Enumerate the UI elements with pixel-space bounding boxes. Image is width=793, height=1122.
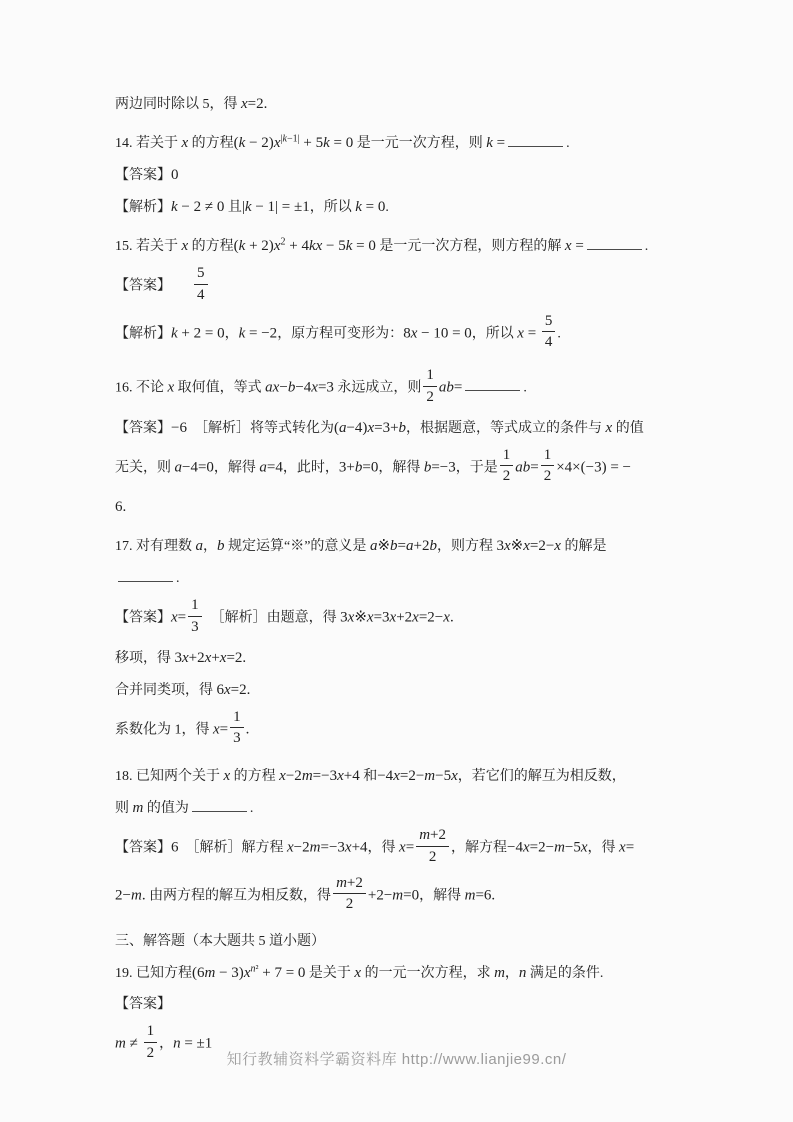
text-run: 永远成立，则 — [334, 380, 422, 395]
math-fraction: 13 — [230, 708, 244, 749]
text-run: 且 — [224, 200, 242, 215]
text-run: 两边同时除以 5，得 — [115, 97, 241, 112]
text-run: ，解得 — [378, 460, 424, 475]
text-run: 【答案】 — [115, 278, 192, 293]
q16-analysis-cont: 无关，则 a−4=0，解得 a=4，此时，3+b=0，解得 b=−3，于是12a… — [115, 448, 685, 489]
text-run: 规定运算“※”的意义是 — [225, 539, 370, 554]
math-run: |k − 1| = ±1 — [242, 199, 310, 215]
text-run: ，解方程 — [451, 840, 507, 855]
math-run: 0 — [171, 167, 179, 183]
math-fraction: 12 — [500, 446, 514, 487]
text-run: ，得 — [368, 840, 400, 855]
text-run: 系数化为 1，得 — [115, 722, 213, 737]
q17-question: 17. 对有理数 a，b 规定运算“※”的意义是 a※b=a+2b，则方程 3x… — [115, 534, 685, 559]
math-run: x−2m=−3x+4 — [279, 768, 360, 784]
math-run: 3+b=0 — [339, 459, 378, 475]
math-run: 3x+2x+x=2. — [175, 650, 247, 666]
text-run: ，若它们的解互为相反数， — [458, 769, 626, 784]
text-run: 由两方程的解互为相反数，得 — [146, 888, 332, 903]
text-run: . — [385, 200, 389, 215]
q15-analysis: 【解析】k + 2 = 0，k = −2，原方程可变形为：8x − 10 = 0… — [115, 314, 685, 355]
math-run: 8x − 10 = 0 — [403, 325, 472, 341]
text-run: 的值为 — [143, 801, 189, 816]
text-run: 15. 若关于 — [115, 239, 182, 254]
math-run: 2−m. — [115, 887, 146, 903]
text-run: 则 — [115, 801, 133, 816]
q19-question: 19. 已知方程(6m − 3)xn² + 7 = 0 是关于 x 的一元一次方… — [115, 961, 685, 986]
text-run: 【解析】 — [115, 200, 171, 215]
q14-analysis: 【解析】k − 2 ≠ 0 且|k − 1| = ±1，所以 k = 0. — [115, 195, 685, 220]
text-run: ，则方程 — [437, 539, 497, 554]
worksheet-body: 两边同时除以 5，得 x=2.14. 若关于 x 的方程(k − 2)x|k−1… — [115, 92, 685, 1065]
text-run: 【答案】 — [115, 840, 171, 855]
math-run: 6x=2. — [217, 682, 251, 698]
math-run: k = — [486, 135, 505, 151]
q13-solution-tail: 两边同时除以 5，得 x=2. — [115, 92, 685, 117]
q14-answer: 【答案】0 — [115, 163, 685, 188]
text-run: ，解得 — [214, 460, 260, 475]
text-run: 三、解答题（本大题共 5 道小题） — [115, 934, 325, 949]
math-fraction: 13 — [188, 596, 202, 637]
math-run: x= — [171, 609, 186, 625]
q18-analysis-cont: 2−m. 由两方程的解互为相反数，得m+22+2−m=0，解得 m=6. — [115, 876, 685, 917]
math-run: k + 2 = 0 — [171, 325, 225, 341]
text-run: . — [250, 801, 254, 816]
text-run: 是一元一次方程，则方程的解 — [376, 239, 565, 254]
math-run: x−2m=−3x+4 — [287, 839, 368, 855]
q14-question: 14. 若关于 x 的方程(k − 2)x|k−1| + 5k = 0 是一元一… — [115, 131, 685, 156]
math-run: k = −2 — [239, 325, 278, 341]
math-run: k − 2 ≠ 0 — [171, 199, 224, 215]
q17-step-combine: 合并同类项，得 6x=2. — [115, 678, 685, 703]
q17-answer-analysis: 【答案】x=13 ［解析］由题意，得 3x※x=3x+2x=2−x. — [115, 598, 685, 639]
text-run: 14. 若关于 — [115, 136, 182, 151]
text-run: . — [557, 326, 561, 341]
text-run: 的一元一次方程，求 — [361, 966, 494, 981]
math-run: . — [246, 721, 250, 737]
math-run: m — [133, 800, 144, 816]
math-fraction: 12 — [423, 366, 437, 407]
text-run: 的方程 — [188, 136, 234, 151]
text-run: 19. 已知方程 — [115, 966, 192, 981]
text-run: 的解是 — [561, 539, 607, 554]
math-run: x= — [619, 839, 634, 855]
answer-blank — [587, 234, 642, 250]
text-run: ，得 — [588, 840, 620, 855]
text-run: ， — [505, 966, 519, 981]
text-run: 【解析】 — [115, 326, 171, 341]
math-run: a※b=a+2b — [370, 538, 437, 554]
text-run: ， — [225, 326, 239, 341]
math-run: x= — [399, 839, 414, 855]
text-run: ，此时， — [283, 460, 339, 475]
math-fraction: 54 — [194, 264, 208, 305]
text-run: 的方程 — [188, 239, 234, 254]
math-superscript: |k−1| — [280, 133, 299, 144]
q16-analysis-end: 6. — [115, 495, 685, 520]
math-run: 3x※x=3x+2x=2−x. — [340, 609, 454, 625]
q16-question: 16. 不论 x 取何值，等式 ax−b−4x=3 永远成立，则12ab=. — [115, 368, 685, 409]
math-run: x = — [565, 238, 584, 254]
text-run: 的方程 — [230, 769, 279, 784]
text-run: 【答案】 — [115, 997, 171, 1012]
math-run: (k + 2)x — [234, 238, 281, 254]
math-run: +2−m=0 — [368, 887, 419, 903]
math-run: 6 — [171, 839, 179, 855]
footer-link[interactable]: 知行教辅资料学霸资料库 http://www.lianjie99.cn/ — [227, 1051, 567, 1068]
text-run: 16. 不论 — [115, 380, 168, 395]
q16-answer-analysis: 【答案】−6 ［解析］将等式转化为(a−4)x=3+b，根据题意，等式成立的条件… — [115, 416, 685, 441]
text-run: 【答案】 — [115, 610, 171, 625]
text-run: . — [645, 239, 649, 254]
math-run: a=4 — [259, 459, 282, 475]
text-run: ，原方程可变形为： — [277, 326, 403, 341]
math-run: x=2. — [241, 96, 267, 112]
q15-question: 15. 若关于 x 的方程(k + 2)x2 + 4kx − 5k = 0 是一… — [115, 234, 685, 259]
q18-question-cont: 则 m 的值为. — [115, 796, 685, 821]
math-run: ×4×(−3) = − — [556, 459, 631, 475]
text-run: ［解析］将等式转化为 — [187, 421, 334, 436]
footer-watermark: 知行教辅资料学霸资料库 http://www.lianjie99.cn/ — [0, 1048, 793, 1069]
text-run: ，解得 — [419, 888, 465, 903]
text-run: . — [176, 571, 180, 586]
text-run: . — [523, 380, 527, 395]
math-run: a — [196, 538, 204, 554]
q17-step-move-terms: 移项，得 3x+2x+x=2. — [115, 646, 685, 671]
text-run: ［解析］由题意，得 — [204, 610, 341, 625]
text-run: 无关，则 — [115, 460, 175, 475]
math-fraction: m+22 — [333, 874, 366, 915]
math-run: x= — [213, 721, 228, 737]
math-run: + 5k = 0 — [300, 135, 354, 151]
document-page: 两边同时除以 5，得 x=2.14. 若关于 x 的方程(k − 2)x|k−1… — [0, 0, 793, 1122]
math-run: a−4=0 — [175, 459, 214, 475]
answer-blank — [118, 566, 173, 582]
answer-blank — [465, 375, 520, 391]
text-run: 满足的条件. — [526, 966, 603, 981]
text-run: 17. 对有理数 — [115, 539, 196, 554]
math-run: ab= — [439, 379, 462, 395]
text-run: 合并同类项，得 — [115, 683, 217, 698]
q18-question: 18. 已知两个关于 x 的方程 x−2m=−3x+4 和−4x=2−m−5x，… — [115, 764, 685, 789]
math-run: (6m − 3)x — [192, 965, 250, 981]
math-run: m — [494, 965, 505, 981]
q18-answer-analysis: 【答案】6 ［解析］解方程 x−2m=−3x+4，得 x=m+22，解方程−4x… — [115, 828, 685, 869]
math-run: −4x=2−m−5x — [507, 839, 588, 855]
q17-question-blank: . — [115, 566, 685, 591]
math-run: x = — [517, 325, 540, 341]
math-fraction: 12 — [541, 446, 555, 487]
math-run: ax−b−4x=3 — [265, 379, 334, 395]
text-run: ，所以 — [472, 326, 518, 341]
text-run: 的值 — [612, 421, 644, 436]
math-fraction: m+22 — [416, 826, 449, 867]
section-3-header: 三、解答题（本大题共 5 道小题） — [115, 930, 685, 954]
math-run: (a−4)x=3+b — [334, 420, 406, 436]
q19-answer-label: 【答案】 — [115, 993, 685, 1017]
math-run: 3x※x=2−x — [496, 538, 561, 554]
math-run: (k − 2)x — [234, 135, 281, 151]
text-run: . — [566, 136, 570, 151]
math-run: m=6. — [465, 887, 496, 903]
text-run: ， — [203, 539, 217, 554]
math-run: b — [217, 538, 225, 554]
text-run: ，所以 — [310, 200, 356, 215]
math-run: + 4kx − 5k = 0 — [285, 238, 375, 254]
answer-blank — [192, 796, 247, 812]
text-run: 取何值，等式 — [174, 380, 265, 395]
math-run: b=−3 — [424, 459, 456, 475]
math-run: + 7 = 0 — [258, 965, 305, 981]
text-run: 18. 已知两个关于 — [115, 769, 224, 784]
text-run: 是一元一次方程，则 — [353, 136, 486, 151]
text-run: 【答案】 — [115, 421, 171, 436]
math-run: −6 — [171, 420, 187, 436]
text-run: 是关于 — [305, 966, 354, 981]
math-run: −4x=2−m−5x — [377, 768, 458, 784]
math-run: k = 0 — [355, 199, 385, 215]
math-run: ab= — [515, 459, 538, 475]
answer-blank — [508, 131, 563, 147]
q15-answer: 【答案】 54 — [115, 266, 685, 307]
math-run: 6. — [115, 499, 126, 515]
text-run: ［解析］解方程 — [179, 840, 288, 855]
text-run: 和 — [360, 769, 378, 784]
text-run: 移项，得 — [115, 651, 175, 666]
math-fraction: 54 — [542, 312, 556, 353]
q17-step-normalize: 系数化为 1，得 x=13. — [115, 710, 685, 751]
text-run: ，根据题意，等式成立的条件与 — [406, 421, 606, 436]
text-run: 【答案】 — [115, 168, 171, 183]
text-run: ，于是 — [456, 460, 498, 475]
